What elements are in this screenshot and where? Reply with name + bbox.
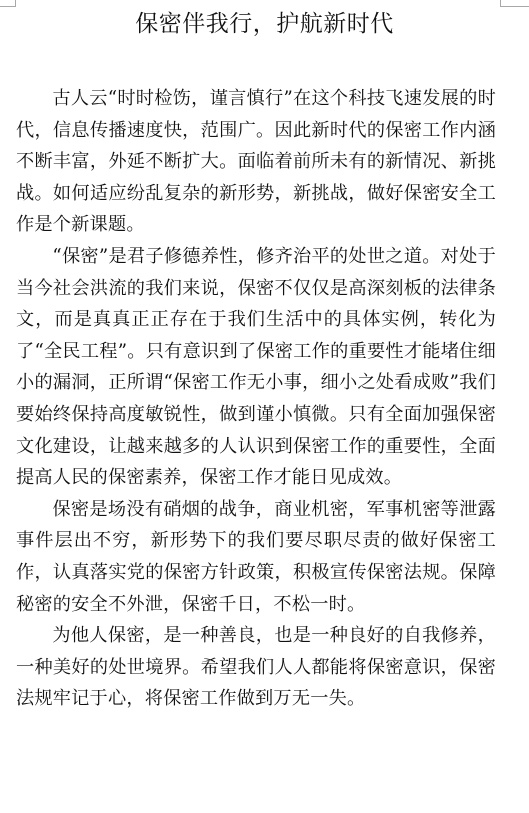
page-corner-mark-top-right [500, 0, 529, 7]
document-body: 古人云“时时检饬，谨言慎行”在这个科技飞速发展的时代，信息传播速度快，范围广。因… [16, 83, 496, 715]
paragraph-4: 为他人保密，是一种善良，也是一种良好的自我修养，一种美好的处世境界。希望我们人人… [16, 620, 496, 715]
paragraph-3: 保密是场没有硝烟的战争，商业机密，军事机密等泄露事件层出不穷，新形势下的我们要尽… [16, 494, 496, 620]
paragraph-1: 古人云“时时检饬，谨言慎行”在这个科技飞速发展的时代，信息传播速度快，范围广。因… [16, 83, 496, 241]
page-corner-mark-top-left [0, 0, 16, 7]
paragraph-2: “保密”是君子修德养性，修齐治平的处世之道。对处于当今社会洪流的我们来说，保密不… [16, 241, 496, 494]
document-title: 保密伴我行，护航新时代 [0, 8, 529, 40]
